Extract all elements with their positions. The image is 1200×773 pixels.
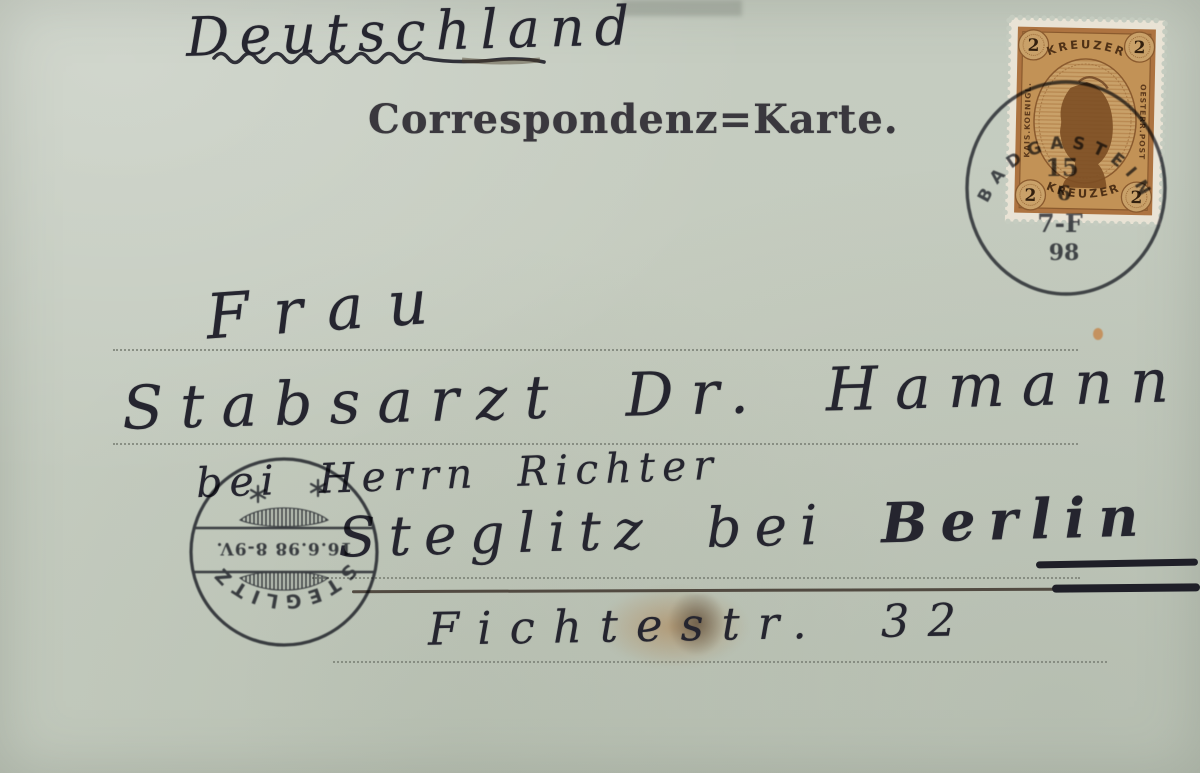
origin-month: 6 (1057, 181, 1071, 205)
arrival-ornament-bow-bottom (240, 508, 328, 527)
origin-postmark-date: 15 6 7-F 98 (1037, 153, 1083, 266)
origin-time: 7-F (1037, 209, 1083, 238)
arrival-star-icon (251, 486, 265, 502)
address-line-rule-4 (333, 661, 1107, 663)
address-line-rule-3 (312, 577, 1080, 579)
stamp-denomination: 2 (1133, 38, 1145, 58)
postcard-surface: Deutschland Correspondenz=Karte. (0, 0, 1200, 773)
address-recipient-name: Stabsarzt Dr. Hamann (121, 346, 1186, 444)
address-underline-stroke (352, 588, 1058, 593)
scan-smudge (622, 0, 742, 16)
card-title: Correspondenz=Karte. (368, 96, 899, 143)
address-street: Fichtestr. 32 (428, 593, 975, 656)
arrival-postmark-date: 16.6.98 8-9V. (216, 538, 353, 558)
country-underline (212, 44, 622, 70)
address-city: Berlin (880, 483, 1152, 555)
origin-day: 15 (1045, 153, 1078, 182)
arrival-postmark: STEGLITZ 16.6.98 8-9V. (184, 452, 384, 652)
city-underline-2 (1052, 583, 1200, 592)
arrival-star-icon (311, 480, 325, 496)
origin-postmark: BADGASTEIN 15 6 7-F 98 (958, 76, 1174, 302)
address-recipient-title: Frau (204, 264, 454, 354)
stamp-denomination: 2 (1027, 36, 1039, 56)
city-underline-1 (1036, 559, 1198, 569)
address-place: Steglitz bei (337, 493, 831, 570)
origin-year: 98 (1049, 240, 1080, 266)
small-fleck (1093, 328, 1103, 340)
